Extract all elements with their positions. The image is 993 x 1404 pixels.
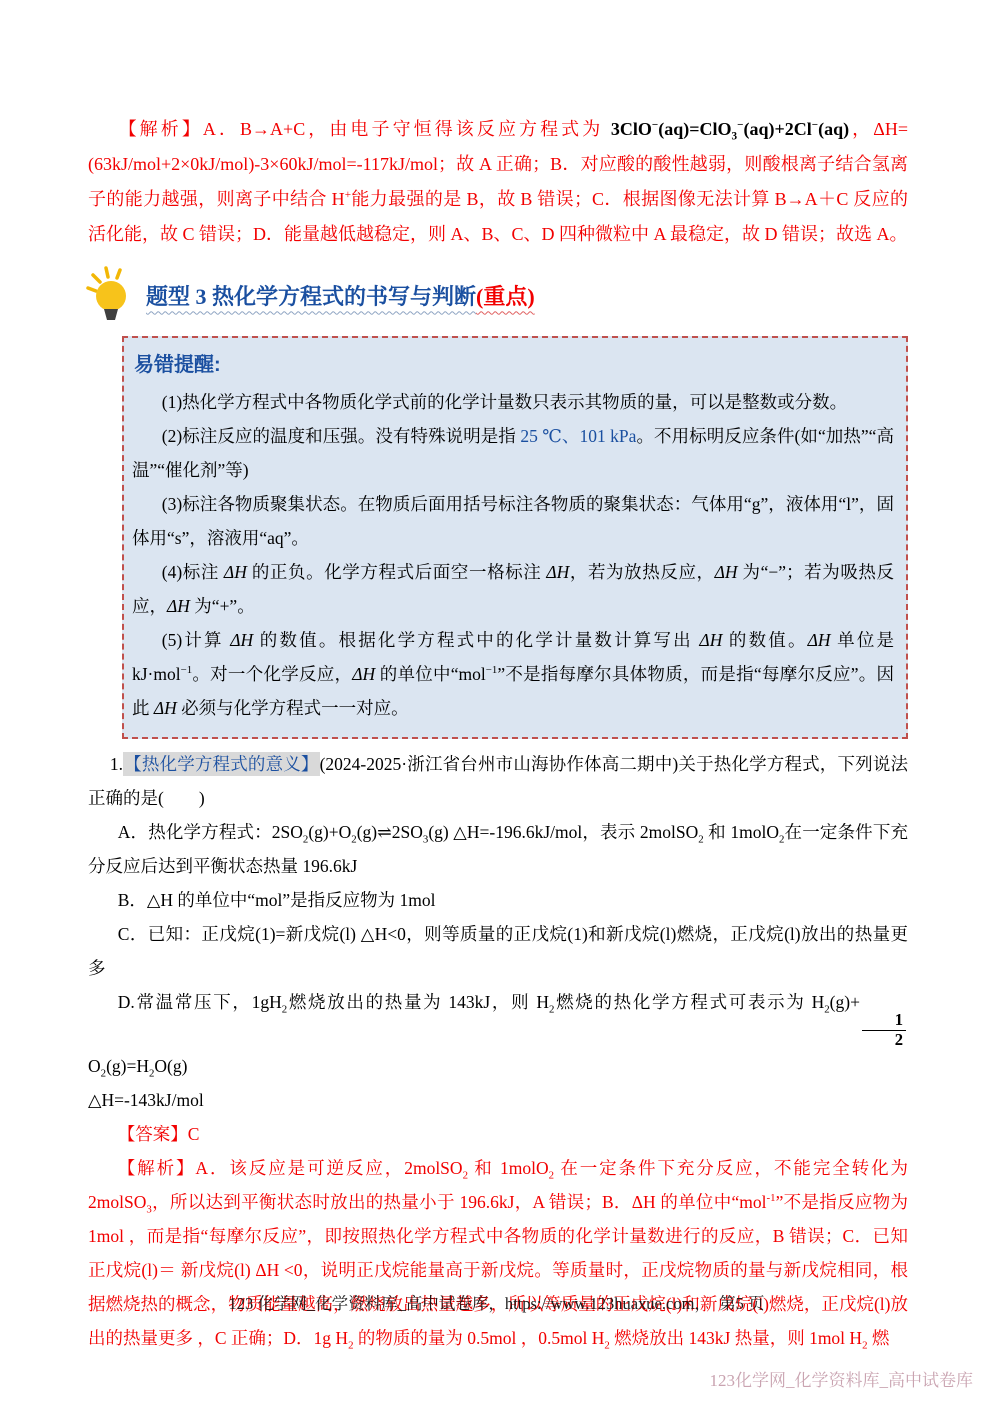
option-b: B．△H 的单位中“mol”是指反应物为 1mol <box>88 883 908 917</box>
option-c: C．已知：正戊烷(1)=新戊烷(l) △H<0，则等质量的正戊烷(1)和新戊烷(… <box>88 917 908 985</box>
warning-item-3: (3)标注各物质聚集状态。在物质后面用括号标注各物质的聚集状态：气体用“g”，液… <box>132 487 894 555</box>
warning-box: 易错提醒: (1)热化学方程式中各物质化学式前的化学计量数只表示其物质的量，可以… <box>122 336 908 739</box>
document-page: 【解析】A．B→A+C，由电子守恒得该反应方程式为 3ClO−(aq)=ClO3… <box>0 0 993 1404</box>
section-title: 题型 3 热化学方程式的书写与判断 <box>146 284 476 309</box>
option-a: A．热化学方程式：2SO2(g)+O2(g)⇌2SO3(g) △H=-196.6… <box>88 815 908 883</box>
question-paragraph: 1.【热化学方程式的意义】(2024-2025·浙江省台州市山海协作体高二期中)… <box>88 747 908 815</box>
section-emphasis: (重点) <box>476 284 535 309</box>
option-d-continued: △H=-143kJ/mol <box>88 1083 908 1117</box>
option-d: D.常温常压下，1gH2燃烧放出的热量为 143kJ，则 H2燃烧的热化学方程式… <box>88 985 908 1083</box>
section-header: 题型 3 热化学方程式的书写与判断(重点) <box>84 264 908 326</box>
analysis-top-paragraph: 【解析】A．B→A+C，由电子守恒得该反应方程式为 3ClO−(aq)=ClO3… <box>88 112 908 252</box>
warning-item-4: (4)标注 ΔH 的正负。化学方程式后面空一格标注 ΔH，若为放热反应，ΔH 为… <box>132 555 894 623</box>
watermark-text: 123化学网_化学资料库_高中试卷库 <box>710 1366 974 1391</box>
section-title-line: 题型 3 热化学方程式的书写与判断(重点) <box>146 280 535 311</box>
lightbulb-icon <box>84 266 136 324</box>
warning-item-1: (1)热化学方程式中各物质化学式前的化学计量数只表示其物质的量，可以是整数或分数… <box>132 385 894 419</box>
warning-item-2: (2)标注反应的温度和压强。没有特殊说明是指 25 ℃、101 kPa。不用标明… <box>132 419 894 487</box>
analysis-bottom-paragraph: 【解析】A．该反应是可逆反应，2molSO2 和 1molO2 在一定条件下充分… <box>88 1151 908 1355</box>
answer-paragraph: 【答案】C <box>88 1117 908 1151</box>
page-content: 【解析】A．B→A+C，由电子守恒得该反应方程式为 3ClO−(aq)=ClO3… <box>88 112 908 1355</box>
page-footer: 123 化学网_化学资料库_高中试卷库，https://www.123huaxu… <box>0 1290 993 1314</box>
warning-item-5: (5)计算 ΔH 的数值。根据化学方程式中的化学计量数计算写出 ΔH 的数值。Δ… <box>132 623 894 725</box>
warning-box-title: 易错提醒: <box>134 348 894 377</box>
